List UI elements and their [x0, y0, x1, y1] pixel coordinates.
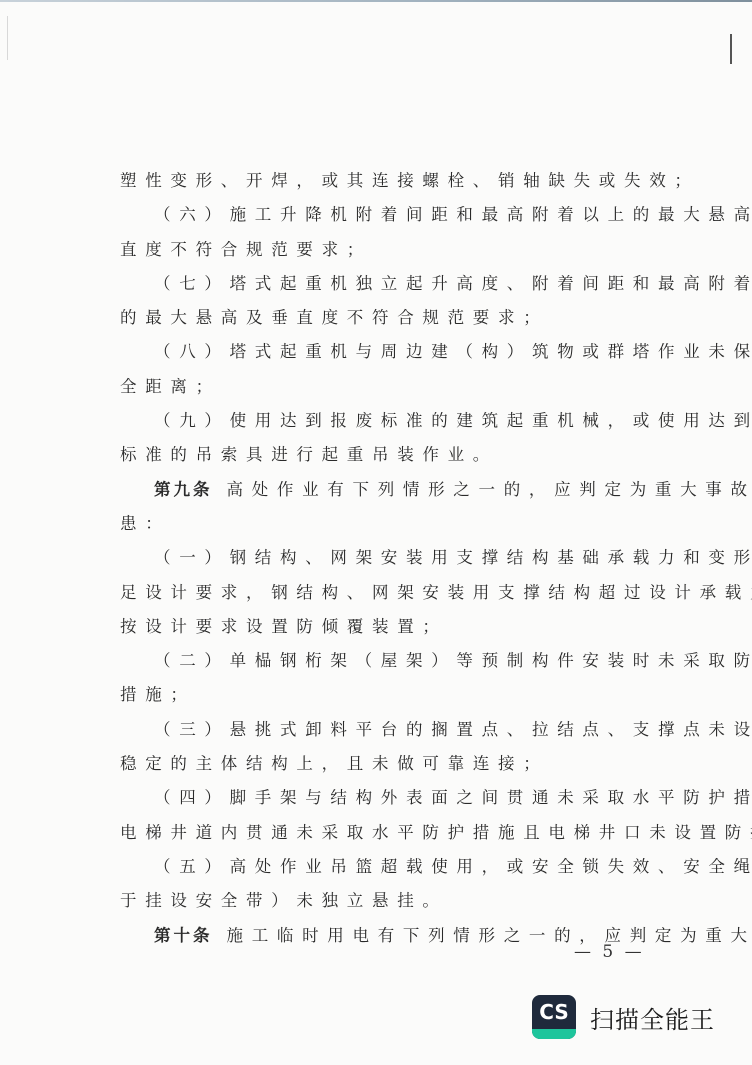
text-line: （三）悬挑式卸料平台的搁置点、拉结点、支撑点未设置在 [120, 713, 640, 747]
line-text: 足设计要求，钢结构、网架安装用支撑结构超过设计承载力或未 [120, 583, 752, 602]
line-text: （五）高处作业吊篮超载使用，或安全锁失效、安全绳（用 [154, 857, 752, 876]
scan-top-edge [0, 0, 752, 2]
logo-stripe [532, 1029, 576, 1039]
text-line: （六）施工升降机附着间距和最高附着以上的最大悬高及垂 [120, 198, 640, 232]
line-text: 塑性变形、开焊，或其连接螺栓、销轴缺失或失效； [120, 171, 700, 190]
line-text: 按设计要求设置防倾覆装置； [120, 617, 448, 636]
line-text: （二）单榀钢桁架（屋架）等预制构件安装时未采取防失稳 [154, 651, 752, 670]
document-body: 塑性变形、开焊，或其连接螺栓、销轴缺失或失效；（六）施工升降机附着间距和最高附着… [120, 164, 640, 953]
line-text: （九）使用达到报废标准的建筑起重机械，或使用达到报废 [154, 411, 752, 430]
text-line: 塑性变形、开焊，或其连接螺栓、销轴缺失或失效； [120, 164, 640, 198]
logo-text: CS [532, 1000, 576, 1024]
line-text: 电梯井道内贯通未采取水平防护措施且电梯井口未设置防护门； [120, 823, 752, 842]
text-line: （四）脚手架与结构外表面之间贯通未采取水平防护措施，或 [120, 781, 640, 815]
text-line: 患： [120, 507, 640, 541]
line-text: （一）钢结构、网架安装用支撑结构基础承载力和变形不满 [154, 548, 752, 567]
line-text: 施工临时用电有下列情形之一的，应判定为重大事 [227, 926, 752, 945]
line-text: 措施； [120, 685, 196, 704]
text-line: 足设计要求，钢结构、网架安装用支撑结构超过设计承载力或未 [120, 576, 640, 610]
text-line: 措施； [120, 678, 640, 712]
text-line: 于挂设安全带）未独立悬挂。 [120, 884, 640, 918]
line-text: 全距离； [120, 377, 221, 396]
line-text: 标准的吊索具进行起重吊装作业。 [120, 445, 498, 464]
page-number: — 5 — [574, 942, 645, 962]
line-text: 患： [120, 514, 170, 533]
text-line: （七）塔式起重机独立起升高度、附着间距和最高附着以上 [120, 267, 640, 301]
camscanner-logo-icon: CS [532, 995, 576, 1039]
line-text: （八）塔式起重机与周边建（构）筑物或群塔作业未保持安 [154, 342, 752, 361]
camscanner-watermark: CS 扫描全能王 [532, 995, 715, 1039]
line-text: （四）脚手架与结构外表面之间贯通未采取水平防护措施，或 [154, 788, 752, 807]
line-text: （三）悬挑式卸料平台的搁置点、拉结点、支撑点未设置在 [154, 720, 752, 739]
article-line: 第九条高处作业有下列情形之一的，应判定为重大事故隐 [120, 473, 640, 507]
text-line: （九）使用达到报废标准的建筑起重机械，或使用达到报废 [120, 404, 640, 438]
text-line: 电梯井道内贯通未采取水平防护措施且电梯井口未设置防护门； [120, 816, 640, 850]
scan-left-mark [7, 16, 8, 60]
line-text: 的最大悬高及垂直度不符合规范要求； [120, 308, 548, 327]
text-line: （八）塔式起重机与周边建（构）筑物或群塔作业未保持安 [120, 335, 640, 369]
line-text: 高处作业有下列情形之一的，应判定为重大事故隐 [227, 480, 752, 499]
line-text: （七）塔式起重机独立起升高度、附着间距和最高附着以上 [154, 274, 752, 293]
text-line: 稳定的主体结构上，且未做可靠连接； [120, 747, 640, 781]
line-text: 稳定的主体结构上，且未做可靠连接； [120, 754, 548, 773]
text-line: 按设计要求设置防倾覆装置； [120, 610, 640, 644]
text-line: 的最大悬高及垂直度不符合规范要求； [120, 301, 640, 335]
text-line: 直度不符合规范要求； [120, 233, 640, 267]
text-line: （二）单榀钢桁架（屋架）等预制构件安装时未采取防失稳 [120, 644, 640, 678]
watermark-label: 扫描全能王 [590, 1000, 715, 1035]
line-text: 于挂设安全带）未独立悬挂。 [120, 891, 448, 910]
article-line: 第十条施工临时用电有下列情形之一的，应判定为重大事 [120, 919, 640, 953]
scan-right-mark [730, 34, 732, 64]
text-line: （五）高处作业吊篮超载使用，或安全锁失效、安全绳（用 [120, 850, 640, 884]
article-heading: 第九条 [154, 480, 213, 499]
text-line: 标准的吊索具进行起重吊装作业。 [120, 438, 640, 472]
line-text: （六）施工升降机附着间距和最高附着以上的最大悬高及垂 [154, 205, 752, 224]
text-line: （一）钢结构、网架安装用支撑结构基础承载力和变形不满 [120, 541, 640, 575]
text-line: 全距离； [120, 370, 640, 404]
line-text: 直度不符合规范要求； [120, 240, 372, 259]
article-heading: 第十条 [154, 926, 213, 945]
